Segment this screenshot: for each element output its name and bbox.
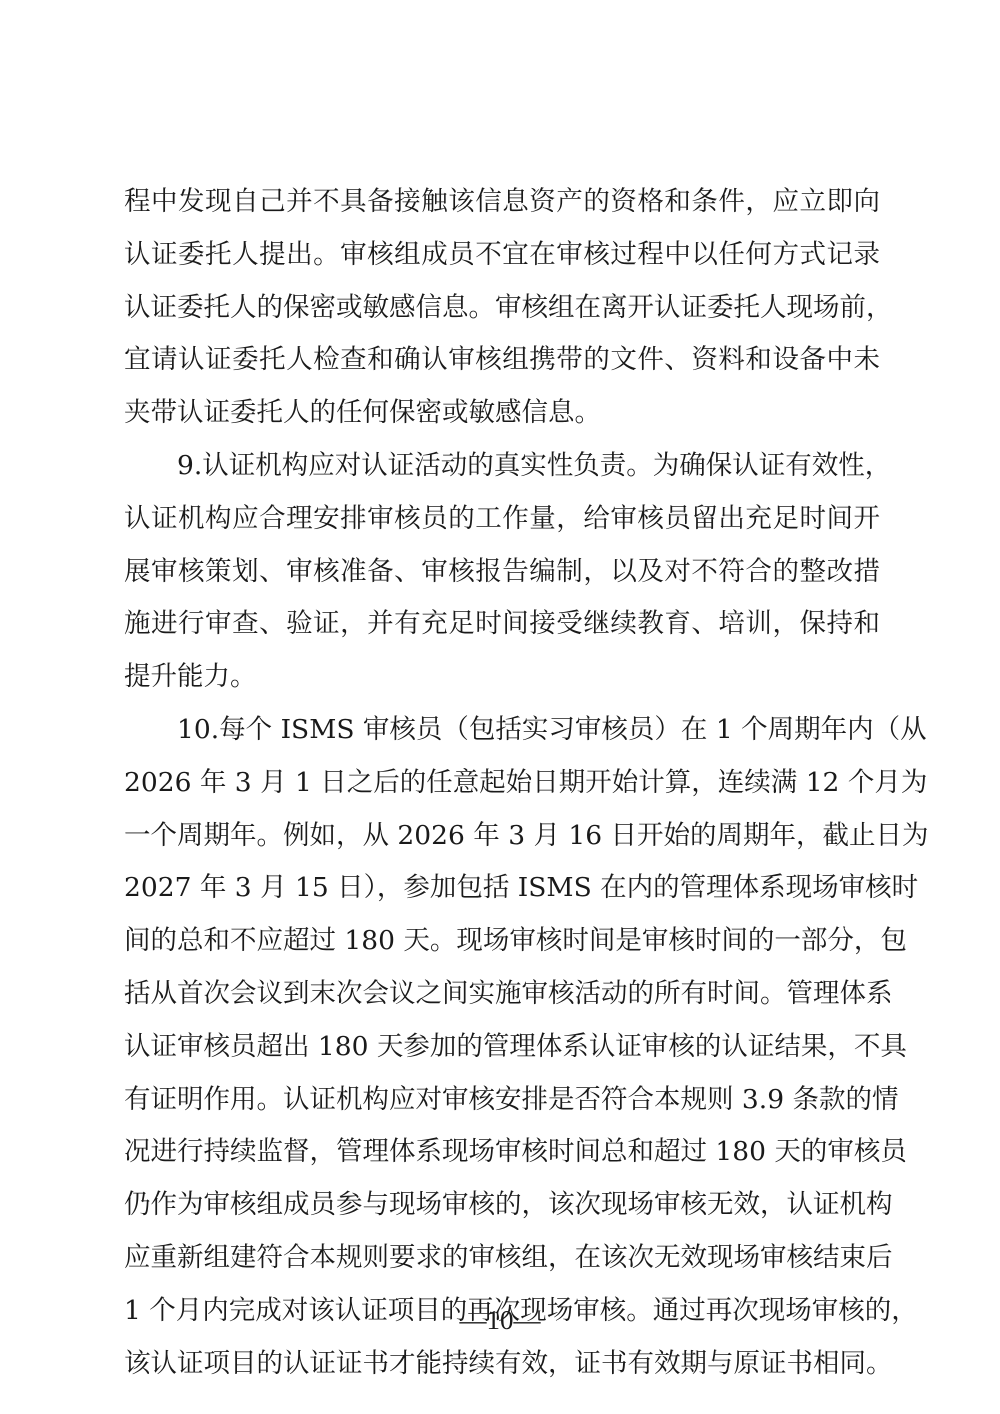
text-line: 夹带认证委托人的任何保密或敏感信息。 bbox=[124, 387, 880, 440]
text-line: 认证委托人提出。审核组成员不宜在审核过程中以任何方式记录 bbox=[124, 229, 880, 282]
text-line: 间的总和不应超过 180 天。现场审核时间是审核时间的一部分，包 bbox=[124, 915, 880, 968]
text-line: 一个周期年。例如，从 2026 年 3 月 16 日开始的周期年，截止日为 bbox=[124, 810, 880, 863]
paragraph-item-9: 9.认证机构应对认证活动的真实性负责。为确保认证有效性， 认证机构应合理安排审核… bbox=[124, 440, 880, 704]
text-line: 仍作为审核组成员参与现场审核的，该次现场审核无效，认证机构 bbox=[124, 1179, 880, 1232]
text-line: 2027 年 3 月 15 日），参加包括 ISMS 在内的管理体系现场审核时 bbox=[124, 862, 880, 915]
text-line: 9.认证机构应对认证活动的真实性负责。为确保认证有效性， bbox=[124, 440, 880, 493]
text-line: 该认证项目的认证证书才能持续有效，证书有效期与原证书相同。 bbox=[124, 1338, 880, 1391]
page-number: —10— bbox=[0, 1305, 1000, 1336]
text-line: 认证委托人的保密或敏感信息。审核组在离开认证委托人现场前， bbox=[124, 282, 880, 335]
text-line: 应重新组建符合本规则要求的审核组，在该次无效现场审核结束后 bbox=[124, 1232, 880, 1285]
text-line: 提升能力。 bbox=[124, 651, 880, 704]
text-line: 有证明作用。认证机构应对审核安排是否符合本规则 3.9 条款的情 bbox=[124, 1074, 880, 1127]
text-line: 展审核策划、审核准备、审核报告编制，以及对不符合的整改措 bbox=[124, 546, 880, 599]
paragraph-continuation: 程中发现自己并不具备接触该信息资产的资格和条件，应立即向 认证委托人提出。审核组… bbox=[124, 176, 880, 440]
text-line: 括从首次会议到末次会议之间实施审核活动的所有时间。管理体系 bbox=[124, 968, 880, 1021]
text-line: 宜请认证委托人检查和确认审核组携带的文件、资料和设备中未 bbox=[124, 334, 880, 387]
text-line: 程中发现自己并不具备接触该信息资产的资格和条件，应立即向 bbox=[124, 176, 880, 229]
text-line: 认证机构应合理安排审核员的工作量，给审核员留出充足时间开 bbox=[124, 493, 880, 546]
text-line: 10.每个 ISMS 审核员（包括实习审核员）在 1 个周期年内（从 bbox=[124, 704, 880, 757]
paragraph-item-10: 10.每个 ISMS 审核员（包括实习审核员）在 1 个周期年内（从 2026 … bbox=[124, 704, 880, 1390]
document-body: 程中发现自己并不具备接触该信息资产的资格和条件，应立即向 认证委托人提出。审核组… bbox=[124, 176, 880, 1390]
text-line: 2026 年 3 月 1 日之后的任意起始日期开始计算，连续满 12 个月为 bbox=[124, 757, 880, 810]
text-line: 施进行审查、验证，并有充足时间接受继续教育、培训，保持和 bbox=[124, 598, 880, 651]
text-line: 认证审核员超出 180 天参加的管理体系认证审核的认证结果，不具 bbox=[124, 1021, 880, 1074]
text-line: 况进行持续监督，管理体系现场审核时间总和超过 180 天的审核员 bbox=[124, 1126, 880, 1179]
